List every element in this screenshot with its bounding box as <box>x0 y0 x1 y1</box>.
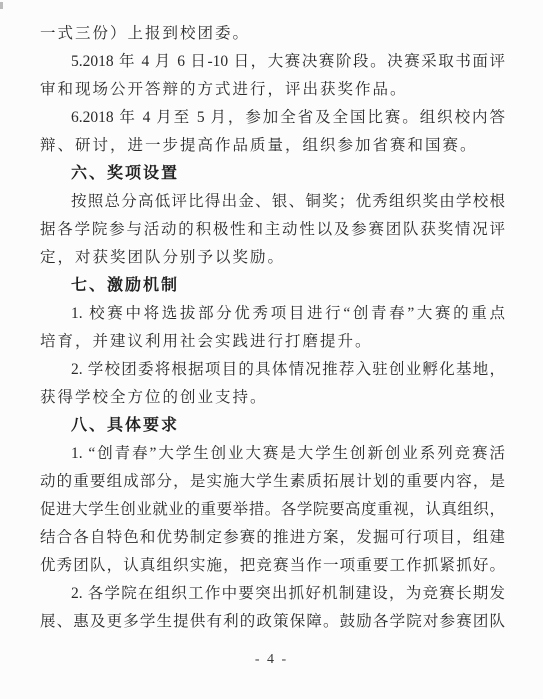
doc-line: 一式三份）上报到校团委。 <box>40 20 505 48</box>
doc-line: 2. 学校团委将根据项目的具体情况推荐入驻创业孵化基地， <box>40 356 505 384</box>
document-body: 一式三份）上报到校团委。 5.2018 年 4 月 6 日-10 日，大赛决赛阶… <box>40 20 505 636</box>
doc-line: 结合各自特色和优势制定参赛的推进方案，发掘可行项目，组建 <box>40 524 505 552</box>
section-heading-incentives: 七、激励机制 <box>40 272 505 300</box>
page-number: - 4 - <box>0 652 543 668</box>
doc-line: 5.2018 年 4 月 6 日-10 日，大赛决赛阶段。决赛采取书面评 <box>40 48 505 76</box>
doc-line: 培育，并建议利用社会实践进行打磨提升。 <box>40 328 505 356</box>
doc-line: 促进大学生创业就业的重要举措。各学院要高度重视，认真组织， <box>40 496 505 524</box>
doc-line: 动的重要组成部分，是实施大学生素质拓展计划的重要内容，是 <box>40 468 505 496</box>
doc-line: 审和现场公开答辩的方式进行，评出获奖作品。 <box>40 76 505 104</box>
doc-line: 1. “创青春”大学生创业大赛是大学生创新创业系列竞赛活 <box>40 440 505 468</box>
doc-line: 2. 各学院在组织工作中要突出抓好机制建设，为竞赛长期发 <box>40 580 505 608</box>
doc-line: 获得学校全方位的创业支持。 <box>40 384 505 412</box>
doc-line: 优秀团队，认真组织实施，把竞赛当作一项重要工作抓紧抓好。 <box>40 552 505 580</box>
doc-line: 1. 校赛中将选拔部分优秀项目进行“创青春”大赛的重点 <box>40 300 505 328</box>
section-heading-prizes: 六、奖项设置 <box>40 160 505 188</box>
doc-line: 按照总分高低评比得出金、银、铜奖；优秀组织奖由学校根 <box>40 188 505 216</box>
section-heading-requirements: 八、具体要求 <box>40 412 505 440</box>
doc-line: 据各学院参与活动的积极性和主动性以及参赛团队获奖情况评 <box>40 216 505 244</box>
doc-line: 6.2018 年 4 月至 5 月，参加全省及全国比赛。组织校内答 <box>40 104 505 132</box>
doc-line: 展、惠及更多学生提供有利的政策保障。鼓励各学院对参赛团队 <box>40 608 505 636</box>
doc-line: 辩、研讨，进一步提高作品质量，组织参加省赛和国赛。 <box>40 132 505 160</box>
scanned-document-page: 一式三份）上报到校团委。 5.2018 年 4 月 6 日-10 日，大赛决赛阶… <box>0 0 543 699</box>
scan-artifact <box>0 2 3 9</box>
doc-line: 定，对获奖团队分别予以奖励。 <box>40 244 505 272</box>
